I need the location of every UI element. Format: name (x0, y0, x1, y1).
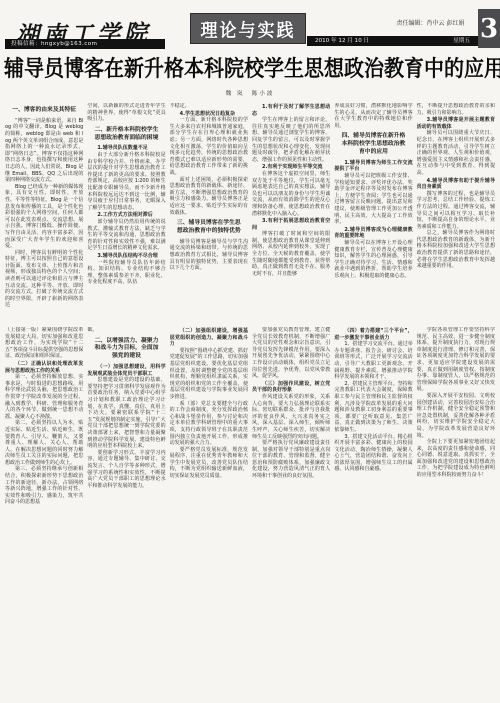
newspaper-page: 湖南工学院 投稿信箱：hngxyb@163.com 理论与实践 责任编辑：肖中云… (0, 0, 500, 703)
page-number: 3 (480, 14, 498, 44)
body-paragraph: 学院各项管理工作要坚持科学规范、民主高效，进一步健全制度体系，提升制度执行力，对… (417, 327, 495, 393)
sub-heading: 3.有利于拓展思想政治教育空间 (252, 218, 330, 231)
body-paragraph: 辅导员可以在博客上开设心理健康教育专栏，宣传普及心理健康知识，解答学生的心理困惑… (334, 240, 412, 280)
sub-heading: （二）加强组织建设，增强基层党组织的创造力、凝聚力和战斗力 (170, 328, 248, 348)
continuation-paragraph: 不稳定。 (170, 103, 248, 110)
body-paragraph: Blog 已经成为一种新的媒体现象，具有交互性、即时性、开放性、平等性等特征。B… (5, 184, 83, 250)
section-title: 理论与实践 (201, 15, 296, 42)
continuation-paragraph: 空间，以新颖的形式走进青年学生的精神世界，使得“草根文化”更具吸引力。 (87, 103, 165, 123)
body-paragraph: 总之，辅导员博客作为网络时代思想政治教育的新载体，为新升格本科院校加强和改进大学… (417, 230, 495, 270)
body-paragraph: 部分辅导员仍然沿用传统的说教式、灌输式教育方法，缺乏与学生的平等交流和沟通，思想… (87, 219, 165, 252)
text-column: 空间，以新颖的形式走进青年学生的精神世界，使得“草根文化”更具吸引力。二、新升格… (87, 103, 165, 319)
continuation-paragraph: 性，不断提升思想政治教育的亲和力、吸引力和影响力。 (417, 103, 495, 116)
body-paragraph: 2、搭建民主管理平台。坚持和完善教职工代表大会制度，保障教职工参与民主管理和民主… (334, 381, 412, 434)
date-bar: 2010 年 12 月 10 日 星期五 (307, 36, 478, 46)
body-paragraph: 学生在博客上的留言和评论，往往真实地反映了他们的所思所想。辅导员通过浏览学生的博… (252, 117, 330, 163)
body-paragraph: 撰写博客的过程，也是辅导员学习思考、总结工作经验、提炼工作方法的过程。通过博客交… (417, 191, 495, 231)
body-paragraph: 系（部）党总支要健全与行政的工作会商制度，充分发挥政治核心和战斗堡垒作用，参与讨… (170, 401, 248, 447)
submission-email-bar: 投稿信箱：hngxyb@163.com (5, 39, 165, 49)
sub-heading: 4.辅导员博客有助于提升辅导员自身素质 (417, 178, 495, 191)
section-heading: 二、新升格本科院校学生思想政治教育面临的困境 (92, 127, 160, 143)
main-headline: 辅导员博客在新升格本科院校学生思想政治教育中的应用 (4, 51, 496, 85)
body-paragraph: 全院上下要更加紧密地团结起来，以高度的责任感和使命感，同心同德、锐意进取、真抓实… (417, 439, 495, 479)
issue-weekday: 星期五 (453, 36, 470, 46)
body-paragraph: 要深入开展平安校园、文明校园创建活动，完善校园治安综合治理工作机制，健全安全稳定… (417, 393, 495, 439)
text-column: （四）着力搭建“三个平台”，进一步激发干事创业活力1、搭建学习交流平台。通过举办… (334, 327, 412, 698)
text-column: （二）加强组织建设，增强基层党组织的创造力、凝聚力和战斗力要按照“围绕中心抓党建… (170, 327, 248, 698)
body-paragraph: 一方面，新升格本科院校的学生大多来自农村和城镇普通家庭，部分学生存在自卑心理和就… (170, 117, 248, 176)
text-column: 养成良好习惯，潜移默化地影响学生的心灵，从而决定了辅导员博客在大学生教育中的特殊… (334, 103, 412, 319)
body-paragraph: 3、搭建文化活动平台。精心组织开展丰富多彩、健康向上的校园文化活动，陶冶师生情操… (334, 434, 412, 474)
body-paragraph: 作风建设关系党的形象，关系人心向背。要大力弘扬理论联系实际、密切联系群众、批评与… (252, 394, 330, 440)
section-heading: 四、辅导员博客在新升格本科院校学生思想政治教育中的应用 (339, 133, 407, 156)
body-paragraph: 要严格党员发展标准，规范发展程序，注重在优秀青年教师和大学生中发展党员，改善党员… (170, 447, 248, 480)
text-column: 一、博客的由来及其特征“博客”一词是舶来语，来自 Blog 的中文翻译。Blog… (5, 103, 83, 319)
body-paragraph: 要创新学习形式、丰富学习内容，通过专题辅导、集中研讨、交流发言、个人自学等多种形… (87, 450, 165, 490)
sub-heading: （三）加强作风建设，树立党员干部的良好形象 (252, 381, 330, 394)
text-column: 1.有利于及时了解学生思想动态学生在博客上的留言和评论，往往真实地反映了他们的所… (252, 103, 330, 319)
continuation-paragraph: 础。 (87, 327, 165, 334)
body-paragraph: 面对上述困境，必须积极探索思想政治教育的新载体、新途径、新方法，不断增强思想政治… (170, 177, 248, 217)
text-column: 不稳定。4.学生思想状况日趋复杂一方面，新升格本科院校的学生大多来自农村和城镇普… (170, 103, 248, 319)
body-paragraph: 辅导员可以把班级工作安排、学校通知要求、评奖评优办法、奖助学金评定程序等及时发布… (334, 173, 412, 226)
body-paragraph: 辅导员可以围绕重大节庆日、纪念日，在博客上组织开展形式多样的主题教育活动，引导学… (417, 130, 495, 176)
responsible-editors: 责任编辑：肖中云 彭红娟 (383, 18, 478, 27)
body-paragraph: 同时，博客具有鲜明的个性化特征，博主可以按照自己的意愿设计版面、发布文章、上传图… (5, 250, 83, 309)
body-paragraph: 要加强党员教育管理，建立健全党员长效教育机制，不断增强广大党员的党性观念和宗旨意… (252, 327, 330, 380)
top-article-columns: 一、博客的由来及其特征“博客”一词是舶来语，来自 Blog 的中文翻译。Blog… (5, 103, 495, 319)
body-paragraph: 辅导员博客是辅导员与学生沟通交流的桥梁和纽带。与传统的思想政治教育方式相比，辅导… (170, 239, 248, 272)
body-paragraph: 1、搭建学习交流平台。通过举办专题讲座、报告会、研讨会、培训班等形式，广泛开展学… (334, 341, 412, 381)
body-paragraph: “博客”一词是舶来语，来自 Blog 的中文翻译。Blog 是 weblog 的… (5, 118, 83, 184)
sub-heading: 2.工作方式方法相对滞后 (87, 212, 165, 219)
section-heading: 三、辅导员博客在学生思想政治教育中的独特优势 (175, 220, 243, 236)
section-title-box: 理论与实践 (190, 13, 306, 44)
text-column: 性，不断提升思想政治教育的亲和力、吸引力和影响力。3.辅导员博客是开展主题教育活… (417, 103, 495, 319)
body-paragraph: 要按照“围绕中心抓党建、抓好党建促发展”的工作思路，切实加强基层党组织建设。要优… (170, 348, 248, 401)
body-paragraph: 第一、必须坚持解放思想、实事求是、与时俱进的思想路线，用科学理论武装头脑，把思想… (5, 374, 83, 420)
body-paragraph: 在博客这个虚拟空间里，师生双方处于平等地位，学生可以毫无顾虑地表达自己的真实想法… (252, 171, 330, 217)
page-number-box: 3 (478, 9, 500, 48)
sub-heading: 3.辅导员队伍结构不尽合理 (87, 253, 165, 260)
text-column: （上接第一版）紧紧围绕学院改革发展稳定大局，切实加强和改进思想政治工作，为实现学… (5, 327, 83, 698)
sub-heading: 1.辅导员博客为师生工作交流提供了平台 (334, 160, 412, 173)
sub-heading: 1.辅导员队伍数量不足 (87, 145, 165, 152)
body-paragraph: 由于大部分新升格本科院校是由专科学校合并、升格而来，办学层次的提升对学生思想政治… (87, 152, 165, 211)
sub-heading: （四）着力搭建“三个平台”，进一步激发干事创业活力 (334, 328, 412, 341)
sub-heading: 3.辅导员博客是开展主题教育活动的有效载体 (417, 117, 495, 130)
continuation-paragraph: 养成良好习惯，潜移默化地影响学生的心灵，从而决定了辅导员博客在大学生教育中的特殊… (334, 103, 412, 129)
text-column: 学院各项管理工作要坚持科学规范、民主高效，进一步健全制度体系，提升制度执行力，对… (417, 327, 495, 698)
body-paragraph: 一些院校辅导员队伍年龄结构、知识结构、专业结构不够合理，整体素质参差不齐，职业化… (87, 260, 165, 286)
sub-heading: （二）正确认识和处理改革发展与思想政治工作的关系 (5, 361, 83, 374)
byline: 魏 岚 陈小波 (0, 89, 500, 97)
text-column: 要加强党员教育管理，建立健全党员长效教育机制，不断增强广大党员的党性观念和宗旨意… (252, 327, 330, 698)
continuation-paragraph: （上接第一版）紧紧围绕学院改革发展稳定大局，切实加强和改进思想政治工作，为实现学… (5, 327, 83, 360)
section-heading: 一、博客的由来及其特征 (10, 107, 78, 115)
body-paragraph: 博客打破了时间和空间的限制，使思想政治教育从课堂延伸到网络、从校内延伸到校外，实… (252, 231, 330, 277)
body-paragraph: 要严格执行党风廉政建设责任制，加强对领导干部特别是重点岗位干部的教育、管理和监督… (252, 440, 330, 480)
sub-heading: 2.有利于实现师生平等交流 (252, 164, 330, 171)
section-heading: 二、以增强活力、凝聚力和战斗力为目标，全面加强党的建设 (92, 338, 160, 361)
sub-heading: 2.辅导员博客成为心理健康教育的重要阵地 (334, 227, 412, 240)
text-column: 础。二、以增强活力、凝聚力和战斗力为目标，全面加强党的建设（一）加强思想建设，用… (87, 327, 165, 698)
body-paragraph: 第三、必须坚持继承与创新相结合，积极探索新形势下思想政治工作的新途径、新办法，占… (5, 466, 83, 506)
sub-heading: 1.有利于及时了解学生思想动态 (252, 104, 330, 117)
issue-date: 2010 年 12 月 10 日 (315, 36, 369, 46)
body-paragraph: 第二、必须坚持以人为本，贴近实际、贴近生活、贴近师生，既要教育人、引导人、鞭策人… (5, 420, 83, 466)
bottom-article-columns: （上接第一版）紧紧围绕学院改革发展稳定大局，切实加强和改进思想政治工作，为实现学… (5, 327, 495, 698)
sub-heading: （一）加强思想建设，用科学发展观武装全体党员干部职工 (87, 364, 165, 377)
body-paragraph: 思想建设是党的建设的基础。要坚持把学习贯彻科学发展观作为首要政治任务，纳入党委中… (87, 377, 165, 450)
